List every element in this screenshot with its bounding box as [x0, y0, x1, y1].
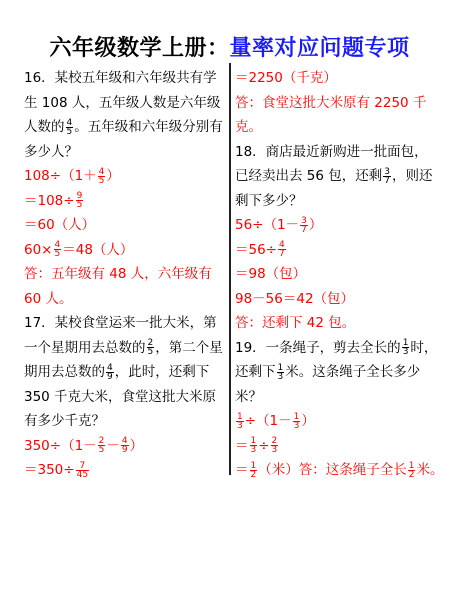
fraction-4-5: 45 — [98, 168, 106, 185]
solution-line: ＝2250（千克） — [235, 66, 450, 91]
problem-17-continued: ＝2250（千克） 答：食堂这批大米原有 2250 千 克。 — [235, 66, 450, 140]
denominator: 5 — [98, 177, 106, 185]
text: （米）答：这条绳子全长 — [258, 462, 407, 478]
solution-line: 56÷（1－37） — [235, 213, 450, 238]
text: ，第二个星 — [155, 340, 223, 356]
solution-line: 60×45＝48（人） — [24, 238, 224, 263]
text: ） — [130, 438, 144, 454]
answer-line: 60 人。 — [24, 287, 224, 312]
text: ） — [309, 217, 323, 233]
question-line: 已经卖出去 56 包，还剩37，则还 — [235, 164, 450, 189]
question-line: 18．商店最近新购进一批面包， — [235, 140, 450, 165]
fraction-3-7: 37 — [383, 168, 391, 185]
text: － — [106, 438, 120, 454]
title-topic: 量率对应问题专项 — [230, 35, 410, 61]
question-line: 生 108 人，五年级人数是六年级 — [24, 91, 224, 116]
fraction-1-3: 13 — [402, 339, 410, 356]
fraction-7-45: 745 — [76, 462, 89, 479]
denominator: 45 — [76, 471, 89, 479]
text: 时， — [410, 340, 437, 356]
fraction-1-2: 12 — [408, 462, 416, 479]
text: ，则还 — [392, 168, 433, 184]
text: 108÷（1＋ — [24, 168, 97, 184]
denominator: 7 — [278, 250, 286, 258]
denominator: 7 — [300, 226, 308, 234]
denominator: 7 — [383, 177, 391, 185]
question-line: 16．某校五年级和六年级共有学 — [24, 66, 224, 91]
answer-line: 克。 — [235, 115, 450, 140]
column-divider — [229, 63, 231, 475]
text: ） — [301, 413, 315, 429]
solution-line: ＝98（包） — [235, 262, 450, 287]
problem-19: 19．一条绳子，剪去全长的13时， 还剩下13米。这条绳子全长多少 米？ 13÷… — [235, 336, 450, 483]
text: ＝ — [235, 438, 249, 454]
denominator: 9 — [106, 373, 114, 381]
fraction-3-7: 37 — [300, 217, 308, 234]
denominator: 3 — [236, 422, 244, 430]
question-line: 一个星期用去总数的25，第二个星 — [24, 336, 224, 361]
text: ＝48（人） — [62, 242, 133, 258]
answer-line: 答：五年级有 48 人，六年级有 — [24, 262, 224, 287]
solution-line: 350÷（1－25－49） — [24, 434, 224, 459]
fraction-4-5: 45 — [54, 241, 62, 258]
text: ＝56÷ — [235, 242, 277, 258]
text: 。五年级和六年级分别有 — [74, 119, 223, 135]
fraction-1-2: 12 — [250, 462, 258, 479]
question-line: 剩下多少？ — [235, 189, 450, 214]
solution-line: ＝56÷47 — [235, 238, 450, 263]
denominator: 3 — [293, 422, 301, 430]
left-column: 16．某校五年级和六年级共有学 生 108 人，五年级人数是六年级 人数的45。… — [24, 66, 224, 483]
denominator: 3 — [402, 348, 410, 356]
text: ＝ — [235, 462, 249, 478]
question-line: 米？ — [235, 385, 450, 410]
denominator: 5 — [98, 446, 106, 454]
fraction-4-9: 49 — [121, 437, 129, 454]
text: 还剩下 — [235, 364, 276, 380]
solution-line: ＝108÷95 — [24, 189, 224, 214]
question-line: 还剩下13米。这条绳子全长多少 — [235, 360, 450, 385]
question-line: 19．一条绳子，剪去全长的13时， — [235, 336, 450, 361]
denominator: 5 — [147, 348, 155, 356]
solution-answer-line: ＝12（米）答：这条绳子全长12米。 — [235, 458, 450, 483]
solution-line: ＝60（人） — [24, 213, 224, 238]
text: 56÷（1－ — [235, 217, 299, 233]
denominator: 3 — [277, 373, 285, 381]
answer-line: 答：还剩下 42 包。 — [235, 311, 450, 336]
denominator: 5 — [76, 201, 84, 209]
question-line: 期用去总数的49，此时，还剩下 — [24, 360, 224, 385]
problem-17: 17．某校食堂运来一批大米，第 一个星期用去总数的25，第二个星 期用去总数的4… — [24, 311, 224, 483]
text: ＝108÷ — [24, 193, 75, 209]
text: 米。 — [416, 462, 443, 478]
text: ÷（1－ — [245, 413, 292, 429]
text: ÷ — [258, 438, 269, 454]
denominator: 5 — [54, 250, 62, 258]
text: 350÷（1－ — [24, 438, 97, 454]
solution-line: 13÷（1－13） — [235, 409, 450, 434]
fraction-1-3: 13 — [293, 413, 301, 430]
question-line: 350 千克大米，食堂这批大米原 — [24, 385, 224, 410]
page-title: 六年级数学上册：量率对应问题专项 — [0, 33, 459, 63]
solution-line: ＝13÷23 — [235, 434, 450, 459]
problem-16: 16．某校五年级和六年级共有学 生 108 人，五年级人数是六年级 人数的45。… — [24, 66, 224, 311]
problem-18: 18．商店最近新购进一批面包， 已经卖出去 56 包，还剩37，则还 剩下多少？… — [235, 140, 450, 336]
text: ） — [106, 168, 120, 184]
denominator: 5 — [66, 128, 74, 136]
fraction-1-3: 13 — [277, 364, 285, 381]
fraction-2-5: 25 — [98, 437, 106, 454]
denominator: 3 — [271, 446, 279, 454]
solution-line: ＝350÷745 — [24, 458, 224, 483]
text: 19．一条绳子，剪去全长的 — [235, 340, 401, 356]
fraction-1-3: 13 — [250, 437, 258, 454]
denominator: 3 — [250, 446, 258, 454]
question-line: 人数的45。五年级和六年级分别有 — [24, 115, 224, 140]
fraction-4-9: 49 — [106, 364, 114, 381]
question-line: 有多少千克？ — [24, 409, 224, 434]
solution-line: 108÷（1＋45） — [24, 164, 224, 189]
text: 60× — [24, 242, 53, 258]
text: 期用去总数的 — [24, 364, 105, 380]
fraction-4-7: 47 — [278, 241, 286, 258]
question-line: 17．某校食堂运来一批大米，第 — [24, 311, 224, 336]
denominator: 2 — [408, 471, 416, 479]
fraction-4-5: 45 — [66, 119, 74, 136]
solution-line: 98－56＝42（包） — [235, 287, 450, 312]
fraction-1-3: 13 — [236, 413, 244, 430]
question-line: 多少人？ — [24, 140, 224, 165]
text: ，此时，还剩下 — [115, 364, 210, 380]
denominator: 2 — [250, 471, 258, 479]
title-prefix: 六年级数学上册： — [49, 35, 229, 61]
text: 人数的 — [24, 119, 65, 135]
fraction-2-3: 23 — [271, 437, 279, 454]
fraction-2-5: 25 — [147, 339, 155, 356]
text: 米。这条绳子全长多少 — [285, 364, 420, 380]
answer-line: 答：食堂这批大米原有 2250 千 — [235, 91, 450, 116]
right-column: ＝2250（千克） 答：食堂这批大米原有 2250 千 克。 18．商店最近新购… — [235, 66, 450, 483]
text: 已经卖出去 56 包，还剩 — [235, 168, 382, 184]
denominator: 9 — [121, 446, 129, 454]
text: ＝350÷ — [24, 462, 75, 478]
fraction-9-5: 95 — [76, 192, 84, 209]
text: 一个星期用去总数的 — [24, 340, 146, 356]
